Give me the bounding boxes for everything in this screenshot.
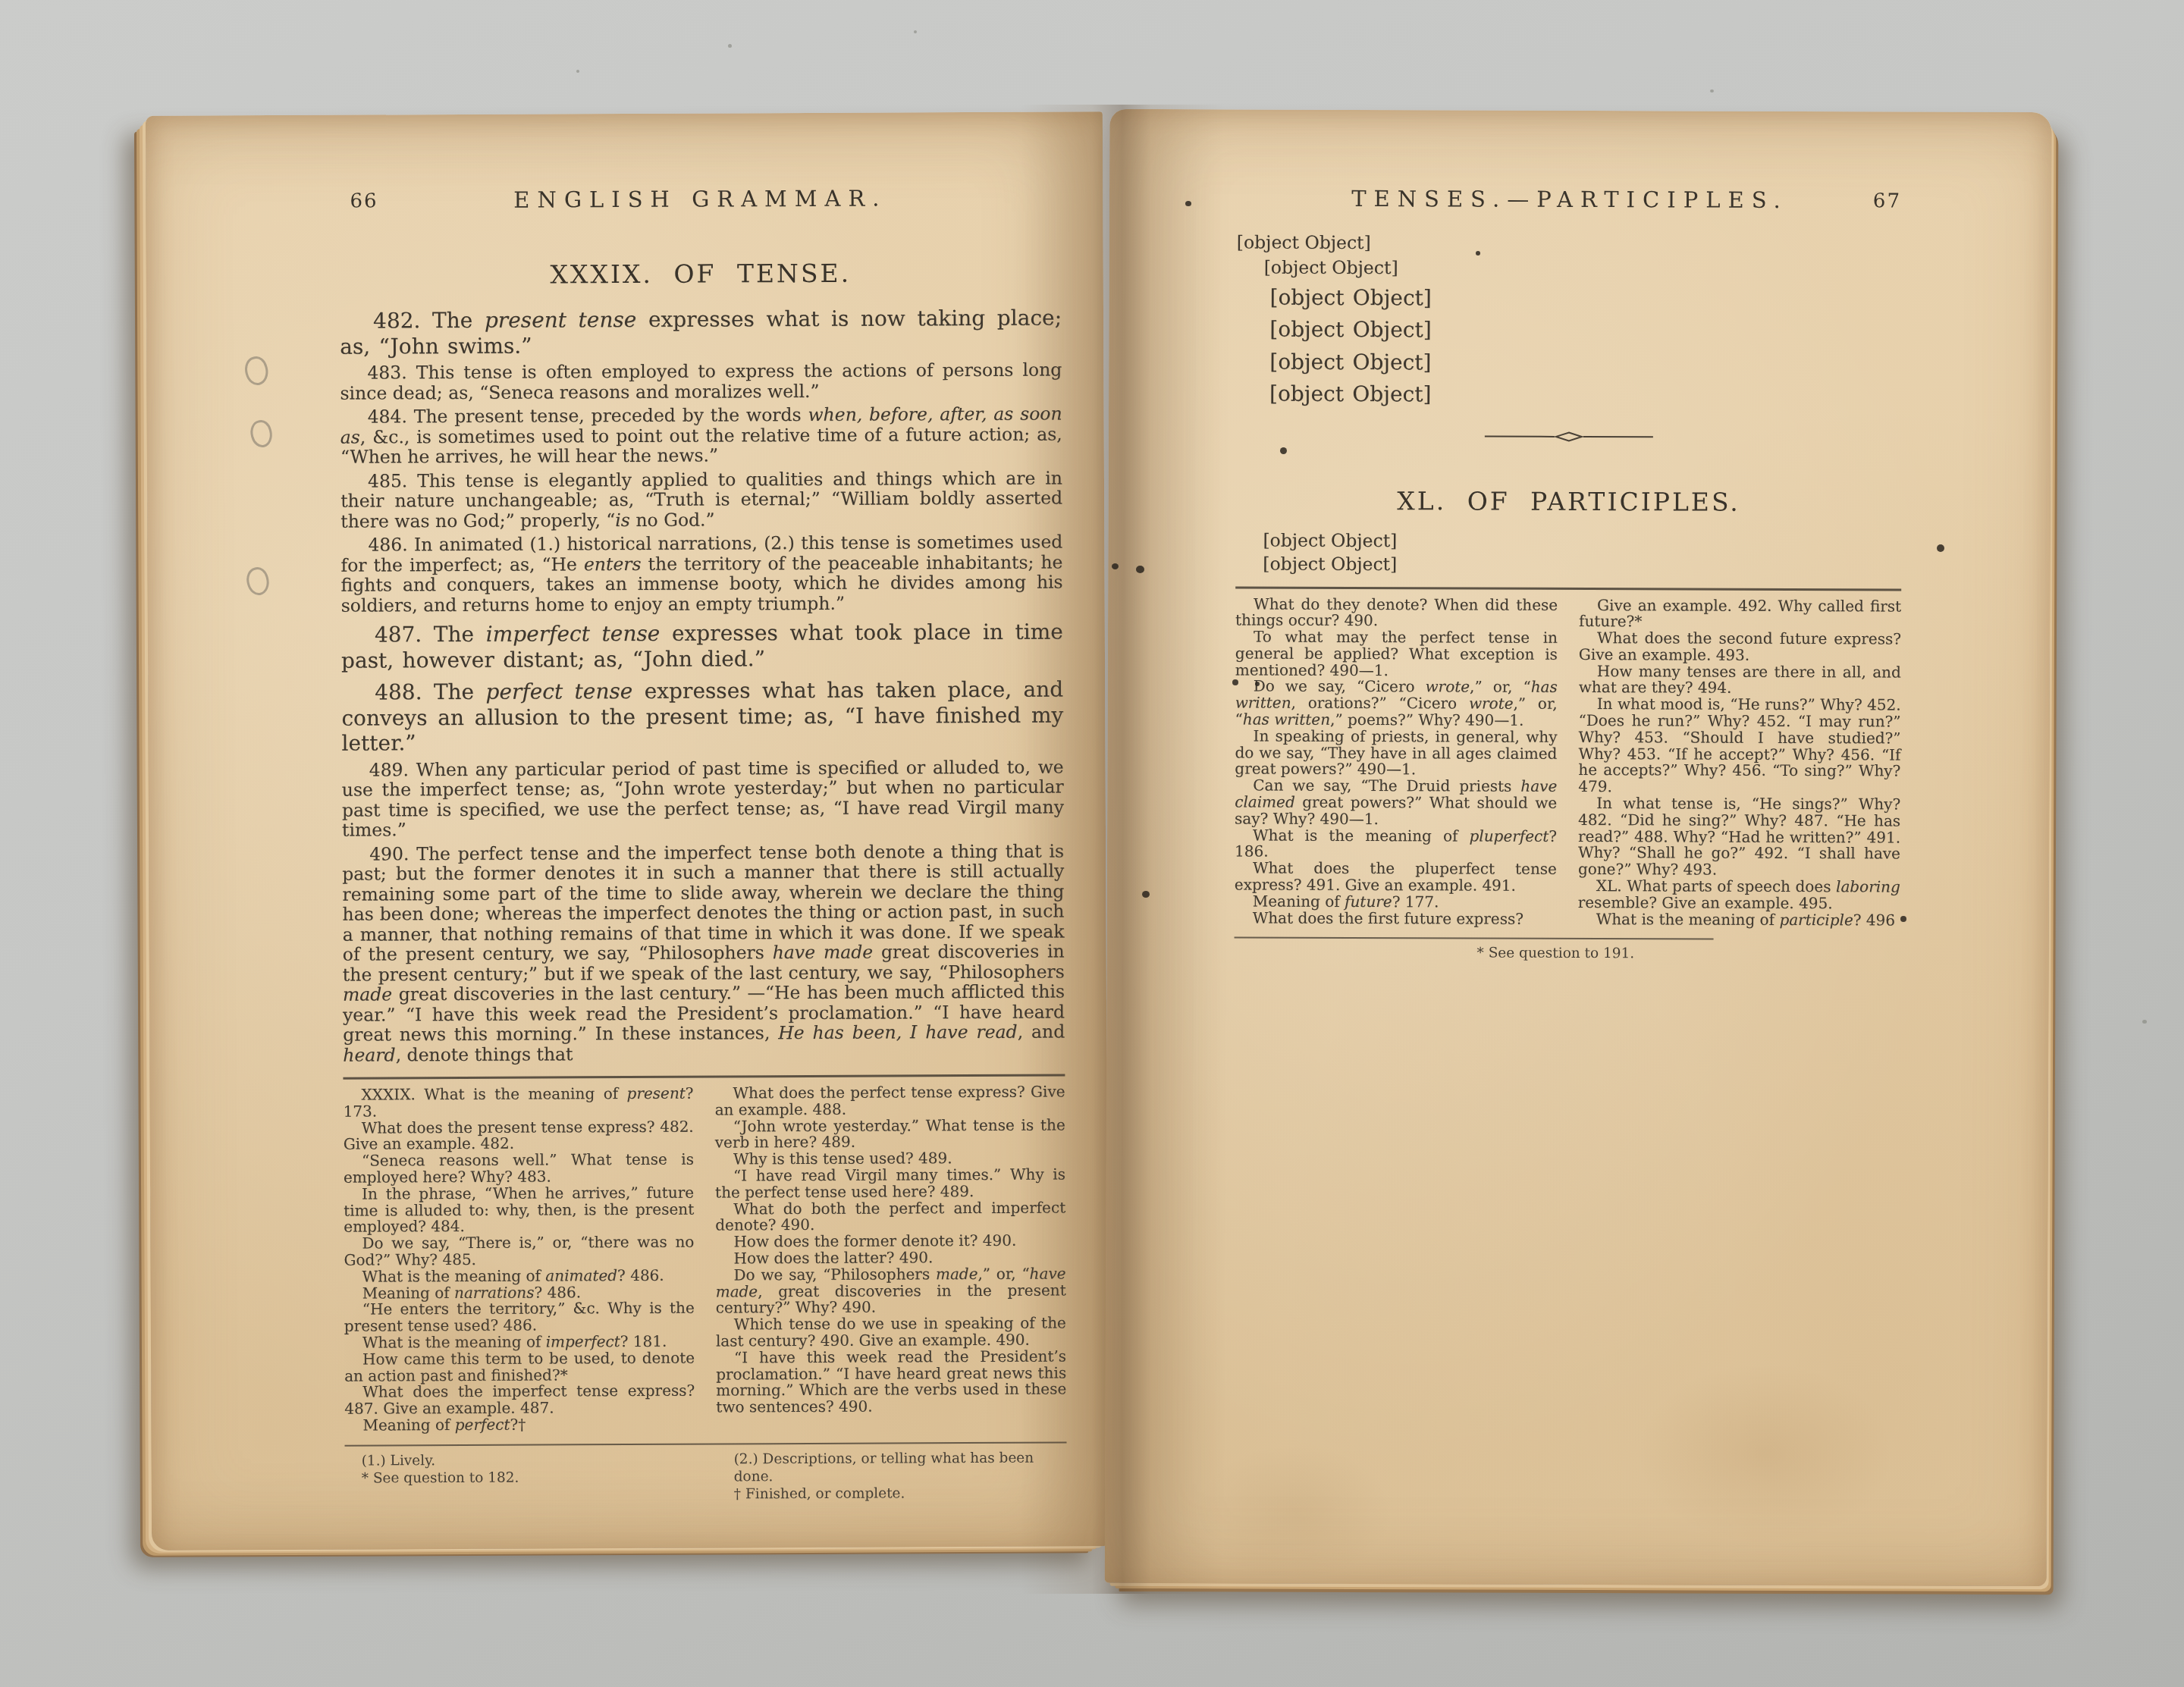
pencil-mark: [243, 565, 271, 597]
question-item: In speaking of priests, in general, why …: [1235, 728, 1557, 779]
question-item: “He enters the territory,” &c. Why is th…: [344, 1300, 695, 1335]
ink-speck: [1136, 566, 1144, 573]
paragraph-492: [object Object]: [1236, 316, 1902, 344]
paragraph-495: [object Object]: [1235, 530, 1901, 553]
question-item: Meaning of perfect?†: [344, 1416, 695, 1435]
ink-speck: [1937, 544, 1944, 552]
ink-speck: [1476, 251, 1480, 256]
footnote-rule-right-page: [1235, 937, 1714, 940]
question-section-rule: [1235, 586, 1901, 591]
paragraph-490-1: [object Object]: [1237, 257, 1903, 280]
question-item: XL. What parts of speech does laboring r…: [1578, 878, 1900, 912]
section-divider: [1482, 430, 1656, 443]
question-item: Do we say, “There is,” or, “there was no…: [344, 1234, 694, 1269]
question-item: “Seneca reasons well.” What tense is emp…: [344, 1152, 694, 1187]
paragraph-483: 483. This tense is often employed to exp…: [340, 359, 1062, 403]
question-item: Give an example. 492. Why called first f…: [1579, 597, 1901, 632]
question-item: Do we say, “Philosophers made,” or, “hav…: [716, 1265, 1066, 1316]
question-item: Do we say, “Cicero wrote,” or, “has writ…: [1235, 679, 1558, 729]
page-number-67: 67: [1873, 190, 1901, 212]
question-item: What do both the perfect and imperfect d…: [715, 1199, 1065, 1234]
question-columns-right-page: What do they denote? When did these thin…: [1235, 596, 1902, 929]
paragraph-490: 490. The perfect tense and the imperfect…: [342, 841, 1065, 1065]
footnote-item: * See question to 191.: [1476, 945, 1900, 963]
pencil-mark: [248, 418, 275, 450]
photo-background: 66 ENGLISH GRAMMAR. XXXIX. OF TENSE. 482…: [0, 0, 2184, 1687]
question-item: What does the present tense express? 482…: [344, 1118, 694, 1153]
page-left: 66 ENGLISH GRAMMAR. XXXIX. OF TENSE. 482…: [146, 111, 1109, 1550]
paragraph-489: 489. When any particular period of past …: [342, 757, 1064, 840]
question-item: What does the imperfect tense express? 4…: [344, 1383, 695, 1418]
question-item: XXXIX. What is the meaning of present? 1…: [343, 1086, 693, 1121]
ink-speck: [1280, 447, 1287, 454]
ink-speck: [1112, 563, 1119, 569]
footnote-item: (1.) Lively.: [362, 1450, 695, 1469]
dust-speck: [2142, 1020, 2147, 1024]
question-item: What does the first future express?: [1235, 910, 1557, 927]
page-right-content: TENSES.—PARTICIPLES. 67 [object Object] …: [1234, 185, 1903, 962]
question-item: Can we say, “The Druid priests have clai…: [1235, 778, 1557, 829]
footnote-rule-left-page: [345, 1441, 1067, 1446]
ink-speck: [1900, 916, 1906, 922]
question-column-2: Give an example. 492. Why called first f…: [1578, 597, 1902, 929]
paper-stain: [1196, 1444, 1394, 1581]
page-left-content: 66 ENGLISH GRAMMAR. XXXIX. OF TENSE. 482…: [339, 184, 1067, 1504]
paragraph-491: [object Object]: [1236, 284, 1902, 312]
dust-speck: [728, 44, 732, 48]
running-head-title: ENGLISH GRAMMAR.: [513, 185, 886, 212]
ink-speck: [1255, 682, 1260, 686]
page-right: TENSES.—PARTICIPLES. 67 [object Object] …: [1105, 109, 2052, 1586]
dust-speck: [1710, 89, 1714, 93]
running-head-right: TENSES.—PARTICIPLES. 67: [1237, 185, 1903, 221]
question-item: In the phrase, “When he arrives,” future…: [344, 1184, 694, 1235]
question-column-1: XXXIX. What is the meaning of present? 1…: [343, 1086, 695, 1435]
question-columns-left-page: XXXIX. What is the meaning of present? 1…: [343, 1083, 1066, 1434]
running-head-title: TENSES.—PARTICIPLES.: [1351, 186, 1788, 213]
question-column-2: What does the perfect tense express? Giv…: [714, 1083, 1066, 1432]
footnote-item: † Finished, or complete.: [734, 1484, 1067, 1503]
question-item: What does the pluperfect tense express? …: [1235, 861, 1557, 895]
question-item: In what mood is, “He runs?” Why? 452. “D…: [1578, 696, 1900, 796]
paragraph-488: 488. The perfect tense expresses what ha…: [341, 676, 1063, 756]
footnote-column-2: (2.) Descriptions, or telling what has b…: [717, 1449, 1067, 1503]
paragraph-487: 487. The imperfect tense expresses what …: [341, 619, 1063, 673]
section-heading-of-tense: XXXIX. OF TENSE.: [340, 257, 1062, 290]
footnotes-left-page: (1.) Lively. * See question to 182. (2.)…: [345, 1449, 1067, 1504]
question-section-rule: [343, 1074, 1065, 1079]
paper-stain: [1636, 1362, 1894, 1544]
paragraph-485: 485. This tense is elegantly applied to …: [340, 468, 1062, 531]
paragraph-482: 482. The present tense expresses what is…: [340, 305, 1062, 359]
paragraph-486: 486. In animated (1.) historical narrati…: [340, 531, 1062, 615]
paragraph-496: [object Object]: [1235, 553, 1901, 576]
ink-speck: [1232, 679, 1238, 685]
footnote-column-1: (1.) Lively. * See question to 182.: [345, 1450, 695, 1504]
dust-speck: [576, 70, 579, 73]
paragraph-484: 484. The present tense, preceded by the …: [340, 403, 1062, 467]
question-item: What do they denote? When did these thin…: [1235, 596, 1558, 630]
question-item: How many tenses are there in all, and wh…: [1579, 663, 1901, 698]
question-item: What does the perfect tense express? Giv…: [714, 1083, 1065, 1118]
question-item: What does the second future express? Giv…: [1579, 630, 1901, 664]
pencil-mark: [242, 354, 271, 387]
footnote-item: * See question to 182.: [362, 1468, 695, 1487]
ink-speck: [1142, 891, 1150, 898]
paragraph-494: [object Object]: [1236, 381, 1902, 409]
page-number-66: 66: [350, 190, 378, 212]
ink-speck: [1185, 201, 1191, 206]
footnote-item: (2.) Descriptions, or telling what has b…: [734, 1449, 1067, 1485]
question-item: How came this term to be used, to denote…: [344, 1350, 695, 1384]
question-item: What is the meaning of pluperfect? 186.: [1235, 827, 1557, 861]
question-column-1: What do they denote? When did these thin…: [1235, 596, 1558, 927]
question-item: What is the meaning of participle? 496: [1578, 911, 1900, 929]
section-heading-of-participles: XL. OF PARTICIPLES.: [1236, 485, 1902, 517]
question-item: “John wrote yesterday.” What tense is th…: [715, 1117, 1065, 1152]
question-item: To what may the perfect tense in general…: [1235, 629, 1558, 680]
dust-speck: [914, 30, 917, 33]
question-item: “I have this week read the President’s p…: [716, 1348, 1066, 1416]
question-item: In what tense is, “He sings?” Why? 482. …: [1578, 795, 1900, 879]
paragraph-493: [object Object]: [1236, 349, 1902, 377]
divider-ornament-icon: [1482, 430, 1656, 443]
question-item: “I have read Virgil many times.” Why is …: [715, 1166, 1065, 1201]
running-head-left: 66 ENGLISH GRAMMAR.: [339, 184, 1061, 221]
paragraph-continuation: [object Object]: [1237, 230, 1903, 256]
question-item: Which tense do we use in speaking of the…: [716, 1315, 1066, 1350]
